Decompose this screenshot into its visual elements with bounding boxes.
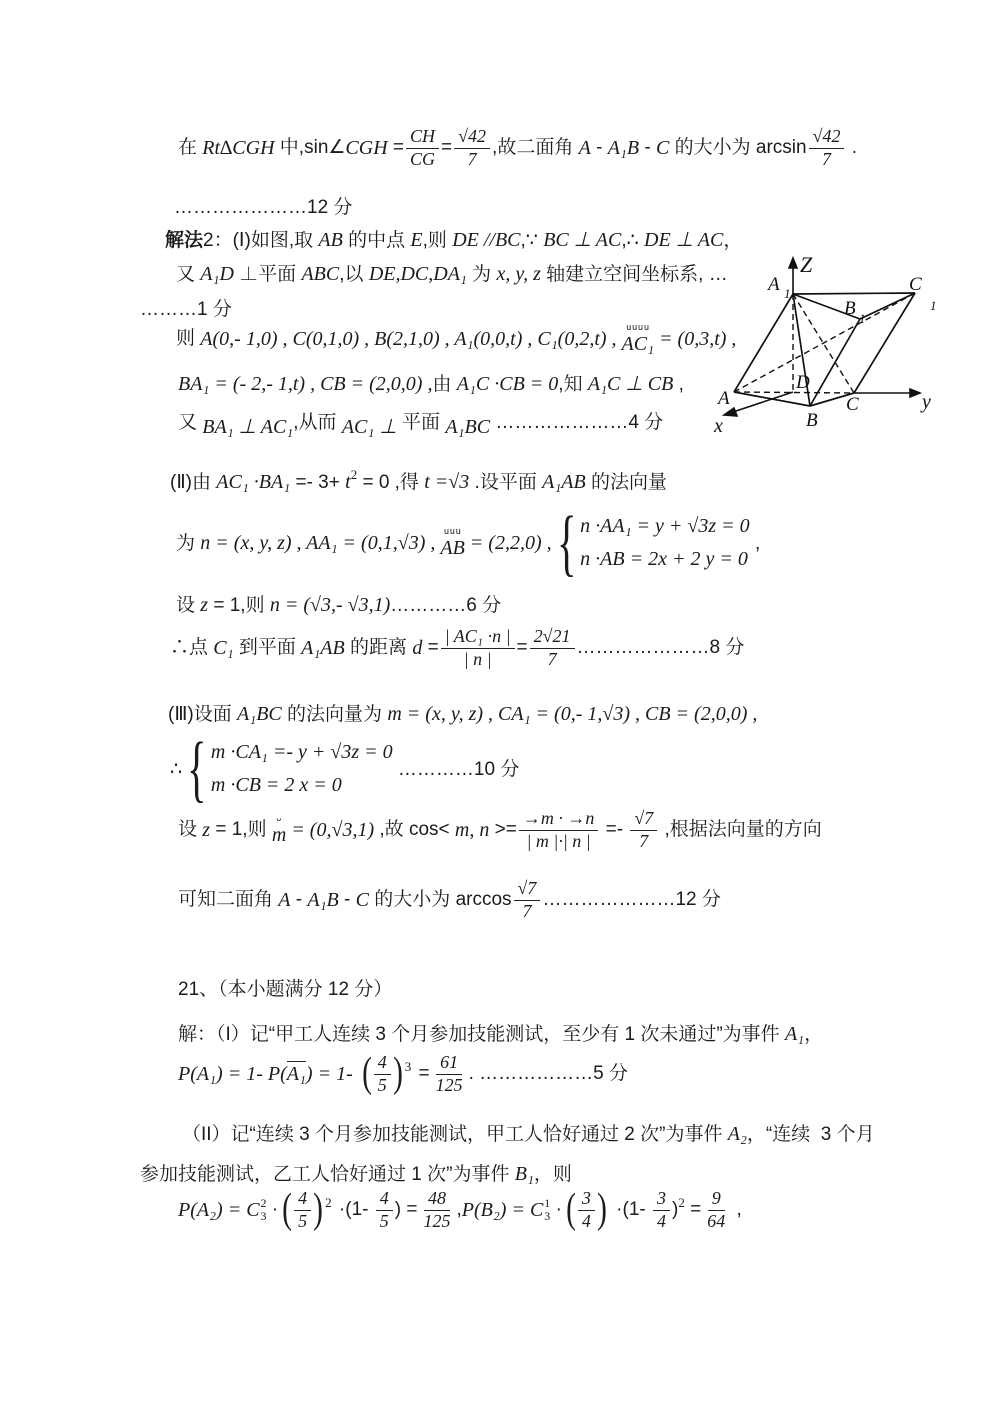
solution-line: 解法2：(Ⅰ)如图,取 AB 的中点 E,则 DE //BC,∵ BC ⊥ AC… bbox=[165, 228, 742, 253]
equation-system: {n ·AA₁ = y + √3z = 0n ·AB = 2x + 2 y = … bbox=[557, 512, 750, 575]
text-run: ， bbox=[723, 229, 742, 253]
text-run: ，则 bbox=[534, 1163, 572, 1187]
text-run: · bbox=[550, 1198, 562, 1222]
vector-text: AB bbox=[440, 538, 464, 558]
math-run: Rt∆CGH bbox=[202, 136, 274, 161]
math-text: AC₁ ·BA₁ bbox=[216, 470, 290, 495]
math-run: z bbox=[202, 818, 210, 843]
numerator: 3 bbox=[578, 1188, 595, 1211]
math-text: m ·CB = 2 x = 0 bbox=[211, 773, 342, 798]
math-text: A₁AB bbox=[301, 636, 345, 661]
text-run: 解：（I）记“甲工人连续 3 个月参加技能测试，至少有 1 次未通过”为事件 bbox=[178, 1023, 785, 1047]
math-run: n ·AA₁ = y + √3z = 0 bbox=[580, 514, 750, 539]
math-run: A₁C ⊥ CB bbox=[588, 372, 674, 397]
text-run: ， bbox=[804, 1023, 823, 1047]
text-run: ,故二面角 bbox=[492, 136, 579, 160]
text-run: 又 bbox=[178, 411, 202, 435]
vector-term: uuuAB bbox=[440, 528, 464, 558]
exam-solution-page: 在 Rt∆CGH 中,sin∠CGH =CHCG=√427,故二面角 A - A… bbox=[0, 0, 1000, 1415]
math-text: Rt∆CGH bbox=[202, 136, 274, 161]
text-run: cos< bbox=[409, 818, 455, 842]
math-run: x, y, z bbox=[496, 262, 540, 287]
math-run: A(0,- 1,0) , C(0,1,0) , B(2,1,0) , A₁(0,… bbox=[200, 327, 621, 352]
hidden-edges bbox=[734, 293, 915, 393]
vector-text: m bbox=[272, 825, 286, 845]
text-run: = 1,则 bbox=[210, 818, 272, 842]
math-run: A₁BC bbox=[445, 415, 490, 440]
math-text: n = (√3,- √3,1) bbox=[270, 593, 390, 618]
fraction-stack: 45 bbox=[376, 1188, 393, 1232]
math-run: C bbox=[656, 136, 669, 161]
math-run: A₁AB bbox=[542, 470, 586, 495]
math-run: A₁BC bbox=[237, 702, 282, 727]
math-run: A bbox=[278, 888, 290, 913]
numerator: 4 bbox=[376, 1188, 393, 1211]
text-run: 可知二面角 bbox=[178, 888, 278, 912]
math-text: P(B₂) = C bbox=[462, 1198, 544, 1223]
superscript: 2 bbox=[325, 1196, 332, 1209]
fraction: CHCG bbox=[406, 126, 439, 170]
text-run: ,知 bbox=[558, 373, 588, 397]
text-run: 中, bbox=[275, 136, 305, 160]
solution-line: 可知二面角 A - A₁B - C 的大小为 arccos√77…………………1… bbox=[178, 878, 721, 922]
text-run: 参加技能测试，乙工人恰好通过 1 次”为事件 bbox=[140, 1163, 515, 1187]
math-text: A bbox=[579, 136, 591, 161]
math-run: A₁B bbox=[307, 888, 338, 913]
math-run: AC₁ ⊥ bbox=[342, 415, 397, 440]
text-run: = 0 ,得 bbox=[357, 471, 424, 495]
solution-line: BA₁ = (- 2,- 1,t) , CB = (2,0,0) ,由 A₁C … bbox=[178, 372, 684, 397]
numerator: 4 bbox=[294, 1188, 311, 1211]
solution-line: 则 A(0,- 1,0) , C(0,1,0) , B(2,1,0) , A₁(… bbox=[176, 324, 736, 354]
text-run: - bbox=[639, 136, 656, 160]
fraction-stack: √427 bbox=[809, 126, 845, 170]
text-run: = bbox=[517, 636, 528, 660]
math-run: BC ⊥ AC bbox=[543, 228, 621, 253]
axes bbox=[724, 258, 920, 416]
text-run: ·(1- bbox=[334, 1198, 374, 1222]
fraction-stack: 45 bbox=[294, 1188, 311, 1232]
math-text: CGH bbox=[345, 136, 387, 161]
text-run: 的法向量 bbox=[586, 471, 667, 495]
math-text: ) = 1- bbox=[306, 1062, 358, 1087]
math-run: ) = 1- bbox=[306, 1062, 358, 1087]
text-run: …………………12 分 bbox=[174, 196, 352, 220]
text-run: ⊥平面 bbox=[234, 263, 302, 287]
fraction: 964 bbox=[703, 1188, 729, 1232]
math-run: BA₁ = (- 2,- 1,t) , CB = (2,0,0) , bbox=[178, 372, 432, 397]
fraction-stack: 2√217 bbox=[530, 626, 575, 670]
text-run: 由 bbox=[432, 373, 456, 397]
numerator: →m · →n bbox=[519, 808, 599, 831]
text-run: - bbox=[591, 136, 608, 160]
text-run: 的大小为 bbox=[369, 888, 456, 912]
equation-system: {m ·CA₁ =- y + √3z = 0m ·CB = 2 x = 0 bbox=[187, 738, 392, 801]
text-run: ,根据法向量的方向 bbox=[659, 818, 822, 842]
fraction: √427 bbox=[809, 126, 845, 170]
math-text: C bbox=[356, 888, 369, 913]
text-run: =- 3+ bbox=[290, 471, 345, 495]
numerator: CH bbox=[406, 126, 439, 149]
text-run: - bbox=[339, 888, 356, 912]
text-run: ,∵ bbox=[521, 229, 544, 253]
math-text: n ·AA₁ = y + √3z = 0 bbox=[580, 514, 750, 539]
math-run: A₂ bbox=[728, 1122, 747, 1147]
math-text: P(A₂) = C bbox=[178, 1198, 260, 1223]
vertex-label-c1: C bbox=[909, 274, 922, 295]
solution-line: (Ⅱ)由 AC₁ ·BA₁ =- 3+ t2 = 0 ,得 t =√3 .设平面… bbox=[170, 470, 667, 495]
fraction: 34 bbox=[653, 1188, 670, 1232]
superscript: 2 bbox=[351, 468, 358, 481]
vertex-label-d: D bbox=[795, 372, 810, 393]
math-text: z bbox=[200, 593, 208, 618]
vector-text: AC₁ bbox=[622, 334, 655, 354]
text-run: ,从而 bbox=[293, 411, 342, 435]
solution-line: ∴点 C₁ 到平面 A₁AB 的距离 d =| AC₁ ·n || n |=2√… bbox=[170, 626, 744, 670]
text-run: ) = bbox=[395, 1198, 418, 1222]
math-text: z bbox=[202, 818, 210, 843]
fraction-stack: →m · →n| m |·| n | bbox=[519, 808, 599, 852]
math-text: C₁ bbox=[213, 636, 233, 661]
system-brace: { bbox=[187, 738, 207, 801]
solution-line: (Ⅲ)设面 A₁BC 的法向量为 m = (x, y, z) , CA₁ = (… bbox=[168, 702, 757, 727]
solution-line: 解：（I）记“甲工人连续 3 个月参加技能测试，至少有 1 次未通过”为事件 A… bbox=[178, 1022, 823, 1047]
math-run: m ·CB = 2 x = 0 bbox=[211, 773, 342, 798]
fraction-stack: 34 bbox=[578, 1188, 595, 1232]
numerator: 3 bbox=[653, 1188, 670, 1211]
fraction-stack: CHCG bbox=[406, 126, 439, 170]
math-text: E bbox=[410, 228, 422, 253]
math-text: A(0,- 1,0) , C(0,1,0) , B(2,1,0) , A₁(0,… bbox=[200, 327, 621, 352]
numerator: 61 bbox=[436, 1052, 462, 1075]
math-run: m ·CA₁ =- y + √3z = 0 bbox=[211, 740, 393, 765]
math-run: C₁ bbox=[213, 636, 233, 661]
vertex-label-c1-sub: 1 bbox=[930, 298, 937, 313]
text-run: …………………4 分 bbox=[490, 411, 663, 435]
text-run: ，“连续 3 个月 bbox=[747, 1123, 875, 1147]
fraction-stack: √77 bbox=[514, 878, 541, 922]
math-run: DE,DC,DA₁ bbox=[369, 262, 467, 287]
text-run: 为 bbox=[467, 263, 497, 287]
vertex-label-b1: B bbox=[844, 298, 856, 319]
math-text: B₁ bbox=[515, 1162, 534, 1187]
math-text: A₁BC bbox=[445, 415, 490, 440]
system-rows: n ·AA₁ = y + √3z = 0n ·AB = 2x + 2 y = 0 bbox=[580, 514, 750, 572]
vector-term: ᴗm bbox=[272, 815, 286, 845]
text-run: 的大小为 bbox=[669, 136, 756, 160]
text-run: 的法向量为 bbox=[282, 703, 388, 727]
math-text: = (0,√3,1) bbox=[286, 818, 374, 843]
numerator: 48 bbox=[424, 1188, 450, 1211]
denominator: 7 bbox=[464, 149, 481, 171]
text-run: 21、（本小题满分 12 分） bbox=[178, 978, 392, 1002]
math-run: DE //BC bbox=[452, 228, 520, 253]
math-text: ABC bbox=[301, 262, 339, 287]
axis-label-x: x bbox=[713, 415, 723, 437]
text-run: 则 bbox=[176, 327, 200, 351]
numerator: √42 bbox=[454, 126, 490, 149]
right-paren: ) bbox=[313, 1191, 323, 1229]
math-text: m ·CA₁ =- y + √3z = 0 bbox=[211, 740, 393, 765]
text-run: =- bbox=[600, 818, 628, 842]
system-rows: m ·CA₁ =- y + √3z = 0m ·CB = 2 x = 0 bbox=[211, 740, 393, 798]
text-run: 设 bbox=[178, 818, 202, 842]
vertex-label-a1: A bbox=[766, 274, 780, 295]
math-run: C bbox=[356, 888, 369, 913]
math-text: AB bbox=[318, 228, 342, 253]
denominator: 4 bbox=[578, 1211, 595, 1233]
solution-line: P(A₁) = 1- P(A₁) = 1- (45)3 =61125. …………… bbox=[178, 1052, 628, 1096]
text-run: （II）记“连续 3 个月参加技能测试，甲工人恰好通过 2 次”为事件 bbox=[182, 1123, 728, 1147]
solution-line: 设 z = 1,则 ᴗm = (0,√3,1) ,故 cos< m, n >=→… bbox=[178, 808, 822, 852]
denominator: | m |·| n | bbox=[522, 831, 594, 853]
math-text: A₁C ·CB = 0 bbox=[457, 372, 559, 397]
text-run: = 1,则 bbox=[208, 594, 270, 618]
math-text: A₁C ⊥ CB bbox=[588, 372, 674, 397]
math-text: A₁BC bbox=[237, 702, 282, 727]
axis-label-z: Z bbox=[800, 252, 813, 277]
prism-figure: Z A 1 B 1 C 1 A D B C y x bbox=[710, 250, 960, 450]
fraction: 48125 bbox=[419, 1188, 454, 1232]
denominator: 5 bbox=[374, 1075, 391, 1097]
text-run: 2：(Ⅰ)如图,取 bbox=[203, 229, 318, 253]
fraction: 2√217 bbox=[530, 626, 575, 670]
fraction-stack: √77 bbox=[630, 808, 657, 852]
solution-line: P(A₂) = C23 ·(45)2 ·(1- 45) =48125,P(B₂)… bbox=[178, 1188, 742, 1232]
right-paren: ) bbox=[597, 1191, 607, 1229]
math-run: P(A₁) = 1- P( bbox=[178, 1062, 287, 1087]
solution-line: 又 A₁D ⊥平面 ABC,以 DE,DC,DA₁ 为 x, y, z 轴建立空… bbox=[176, 262, 728, 287]
denominator: 7 bbox=[635, 831, 652, 853]
math-text: t =√3 bbox=[424, 470, 469, 495]
fraction: √77 bbox=[514, 878, 541, 922]
math-run: P(B₂) = C13 bbox=[462, 1197, 551, 1223]
math-run: A bbox=[579, 136, 591, 161]
score-dots-line: ………1 分 bbox=[140, 298, 232, 322]
denominator: 5 bbox=[376, 1211, 393, 1233]
math-run: n = (√3,- √3,1) bbox=[270, 593, 390, 618]
text-run: 为 bbox=[176, 532, 200, 556]
math-run: n = (x, y, z) , AA₁ = (0,1,√3) , bbox=[200, 531, 440, 556]
text-run: 解法 bbox=[165, 229, 203, 253]
math-run: A₁C ·CB = 0 bbox=[457, 372, 559, 397]
math-text: AC₁ ⊥ bbox=[342, 415, 397, 440]
math-run: A₁ bbox=[785, 1022, 804, 1047]
solution-line: （II）记“连续 3 个月参加技能测试，甲工人恰好通过 2 次”为事件 A₂，“… bbox=[182, 1122, 875, 1147]
solution-line: 为 n = (x, y, z) , AA₁ = (0,1,√3) , uuuAB… bbox=[176, 512, 760, 575]
score-dots-line: …………………12 分 bbox=[174, 196, 352, 220]
text-run: …………10 分 bbox=[393, 758, 520, 782]
text-run: = bbox=[422, 636, 438, 660]
text-run: …………………12 分 bbox=[542, 888, 720, 912]
math-text: BA₁ ⊥ AC₁ bbox=[202, 415, 293, 440]
denominator: 125 bbox=[432, 1075, 467, 1097]
math-text: d bbox=[412, 636, 422, 661]
fraction-stack: 48125 bbox=[419, 1188, 454, 1232]
text-run: ∴ bbox=[170, 758, 187, 782]
math-text: = (2,2,0) , bbox=[465, 531, 557, 556]
superscript: 3 bbox=[405, 1060, 412, 1073]
fraction-stack: 45 bbox=[374, 1052, 391, 1096]
text-run: ,则 bbox=[423, 229, 453, 253]
left-paren: ( bbox=[566, 1191, 576, 1229]
math-text: P(A₁) = 1- P( bbox=[178, 1062, 287, 1087]
system-row: m ·CB = 2 x = 0 bbox=[211, 773, 393, 798]
text-run: 设 bbox=[176, 594, 200, 618]
text-run: = bbox=[413, 1062, 429, 1086]
text-run: . ………………5 分 bbox=[469, 1062, 628, 1086]
math-text: A₁ bbox=[785, 1022, 804, 1047]
math-text: m = (x, y, z) , CA₁ = (0,- 1,√3) , CB = … bbox=[387, 702, 757, 727]
text-run: = bbox=[388, 136, 404, 160]
math-run: = (0,√3,1) bbox=[286, 818, 374, 843]
math-text: A bbox=[278, 888, 290, 913]
denominator: 125 bbox=[419, 1211, 454, 1233]
vertex-label-a: A bbox=[716, 388, 730, 409]
denominator: 7 bbox=[818, 149, 835, 171]
text-run: 平面 bbox=[397, 411, 446, 435]
denominator: 4 bbox=[653, 1211, 670, 1233]
math-text: A₁AB bbox=[542, 470, 586, 495]
denominator: 7 bbox=[518, 901, 535, 923]
fraction: 61125 bbox=[432, 1052, 467, 1096]
math-text: A₁B bbox=[608, 136, 639, 161]
system-brace: { bbox=[557, 512, 577, 575]
math-run: B₁ bbox=[515, 1162, 534, 1187]
vertex-label-b: B bbox=[806, 410, 818, 431]
fraction: →m · →n| m |·| n | bbox=[519, 808, 599, 852]
superscript: 2 bbox=[678, 1196, 685, 1209]
vertex-label-b1-sub: 1 bbox=[859, 311, 866, 326]
math-run: A₁B bbox=[608, 136, 639, 161]
system-row: n ·AA₁ = y + √3z = 0 bbox=[580, 514, 750, 539]
text-run: 轴建立空间坐标系, … bbox=[541, 263, 728, 287]
text-run: , bbox=[731, 1198, 742, 1222]
math-text: BA₁ = (- 2,- 1,t) , CB = (2,0,0) , bbox=[178, 372, 432, 397]
numerator: | AC₁ ·n | bbox=[441, 626, 515, 649]
axis-label-y: y bbox=[920, 391, 931, 413]
system-row: m ·CA₁ =- y + √3z = 0 bbox=[211, 740, 393, 765]
text-run: sin∠ bbox=[304, 136, 345, 160]
math-run: AC₁ ·BA₁ bbox=[216, 470, 290, 495]
text-run: 的中点 bbox=[343, 229, 411, 253]
vector-term: uuuuAC₁ bbox=[622, 324, 655, 354]
math-run: t =√3 bbox=[424, 470, 469, 495]
fraction: √427 bbox=[454, 126, 490, 170]
numerator: √42 bbox=[809, 126, 845, 149]
fraction-stack: 964 bbox=[703, 1188, 729, 1232]
right-paren: ) bbox=[393, 1055, 403, 1093]
fraction-stack: | AC₁ ·n || n | bbox=[441, 626, 515, 670]
numerator: 2√21 bbox=[530, 626, 575, 649]
text-run: = bbox=[685, 1198, 701, 1222]
math-run: t2 bbox=[345, 470, 357, 495]
fraction: 45 bbox=[376, 1188, 393, 1232]
text-run: 又 bbox=[176, 263, 200, 287]
math-text: A₁B bbox=[307, 888, 338, 913]
fraction-stack: 61125 bbox=[432, 1052, 467, 1096]
solution-line: 设 z = 1,则 n = (√3,- √3,1)…………6 分 bbox=[176, 593, 501, 618]
solution-line: 在 Rt∆CGH 中,sin∠CGH =CHCG=√427,故二面角 A - A… bbox=[178, 126, 857, 170]
math-text: x, y, z bbox=[496, 262, 540, 287]
vertex-label-c: C bbox=[846, 394, 859, 415]
solution-line: 又 BA₁ ⊥ AC₁,从而 AC₁ ⊥ 平面 A₁BC …………………4 分 bbox=[178, 410, 663, 435]
math-run: A₁ bbox=[287, 1061, 306, 1087]
math-text: A₁ bbox=[287, 1061, 306, 1087]
denominator: 5 bbox=[294, 1211, 311, 1233]
solution-line: ∴ {m ·CA₁ =- y + √3z = 0m ·CB = 2 x = 0 … bbox=[170, 738, 519, 801]
math-run: P(A₂) = C23 bbox=[178, 1197, 267, 1223]
math-text: DE,DC,DA₁ bbox=[369, 262, 467, 287]
fraction: (45)2 bbox=[280, 1188, 332, 1232]
text-run: 到平面 bbox=[234, 636, 302, 660]
numerator: √7 bbox=[514, 878, 541, 901]
math-run: m = (x, y, z) , CA₁ = (0,- 1,√3) , CB = … bbox=[387, 702, 757, 727]
system-row: n ·AB = 2x + 2 y = 0 bbox=[580, 547, 750, 572]
denominator: 7 bbox=[544, 649, 561, 671]
denominator: | n | bbox=[460, 649, 496, 671]
text-run: 在 bbox=[178, 136, 202, 160]
text-run: = bbox=[441, 136, 452, 160]
problem-number-line: 21、（本小题满分 12 分） bbox=[178, 978, 392, 1002]
text-run: ,∴ bbox=[621, 229, 644, 253]
text-run: …………6 分 bbox=[390, 594, 501, 618]
denominator: CG bbox=[406, 149, 439, 171]
text-run: ∴点 bbox=[170, 636, 213, 660]
numerator: 9 bbox=[708, 1188, 725, 1211]
fraction: √77 bbox=[630, 808, 657, 852]
solution-line: 参加技能测试，乙工人恰好通过 1 次”为事件 B₁，则 bbox=[140, 1162, 572, 1187]
math-run: z bbox=[200, 593, 208, 618]
text-run: ,以 bbox=[339, 263, 369, 287]
math-run: AB bbox=[318, 228, 342, 253]
math-run: n ·AB = 2x + 2 y = 0 bbox=[580, 547, 748, 572]
math-text: n = (x, y, z) , AA₁ = (0,1,√3) , bbox=[200, 531, 440, 556]
fraction-stack: 34 bbox=[653, 1188, 670, 1232]
text-run: · bbox=[267, 1198, 279, 1222]
text-run: ………1 分 bbox=[140, 298, 232, 322]
math-run: = (2,2,0) , bbox=[465, 531, 557, 556]
math-run: m, n bbox=[455, 818, 489, 843]
text-run: arccos bbox=[456, 888, 512, 912]
text-run: - bbox=[291, 888, 308, 912]
math-text: DE //BC bbox=[452, 228, 520, 253]
text-run: (Ⅱ)由 bbox=[170, 471, 216, 495]
math-run: BA₁ ⊥ AC₁ bbox=[202, 415, 293, 440]
math-run: E bbox=[410, 228, 422, 253]
left-paren: ( bbox=[362, 1055, 372, 1093]
fraction-stack: √427 bbox=[454, 126, 490, 170]
numerator: 4 bbox=[374, 1052, 391, 1075]
math-text: A₂ bbox=[728, 1122, 747, 1147]
vertex-label-a1-sub: 1 bbox=[784, 286, 791, 301]
math-text: n ·AB = 2x + 2 y = 0 bbox=[580, 547, 748, 572]
math-run: CGH bbox=[345, 136, 387, 161]
fraction: (45)3 bbox=[360, 1052, 412, 1096]
math-run: d bbox=[412, 636, 422, 661]
text-run: arcsin bbox=[756, 136, 807, 160]
text-run: 的距离 bbox=[345, 636, 413, 660]
text-run: ,故 bbox=[374, 818, 409, 842]
fraction: (34) bbox=[564, 1188, 609, 1232]
numerator: √7 bbox=[630, 808, 657, 831]
math-text: C bbox=[656, 136, 669, 161]
text-run: …………………8 分 bbox=[577, 636, 745, 660]
text-run: >= bbox=[489, 818, 516, 842]
text-run: . bbox=[846, 136, 857, 160]
text-run: , bbox=[750, 532, 761, 556]
math-text: m, n bbox=[455, 818, 489, 843]
